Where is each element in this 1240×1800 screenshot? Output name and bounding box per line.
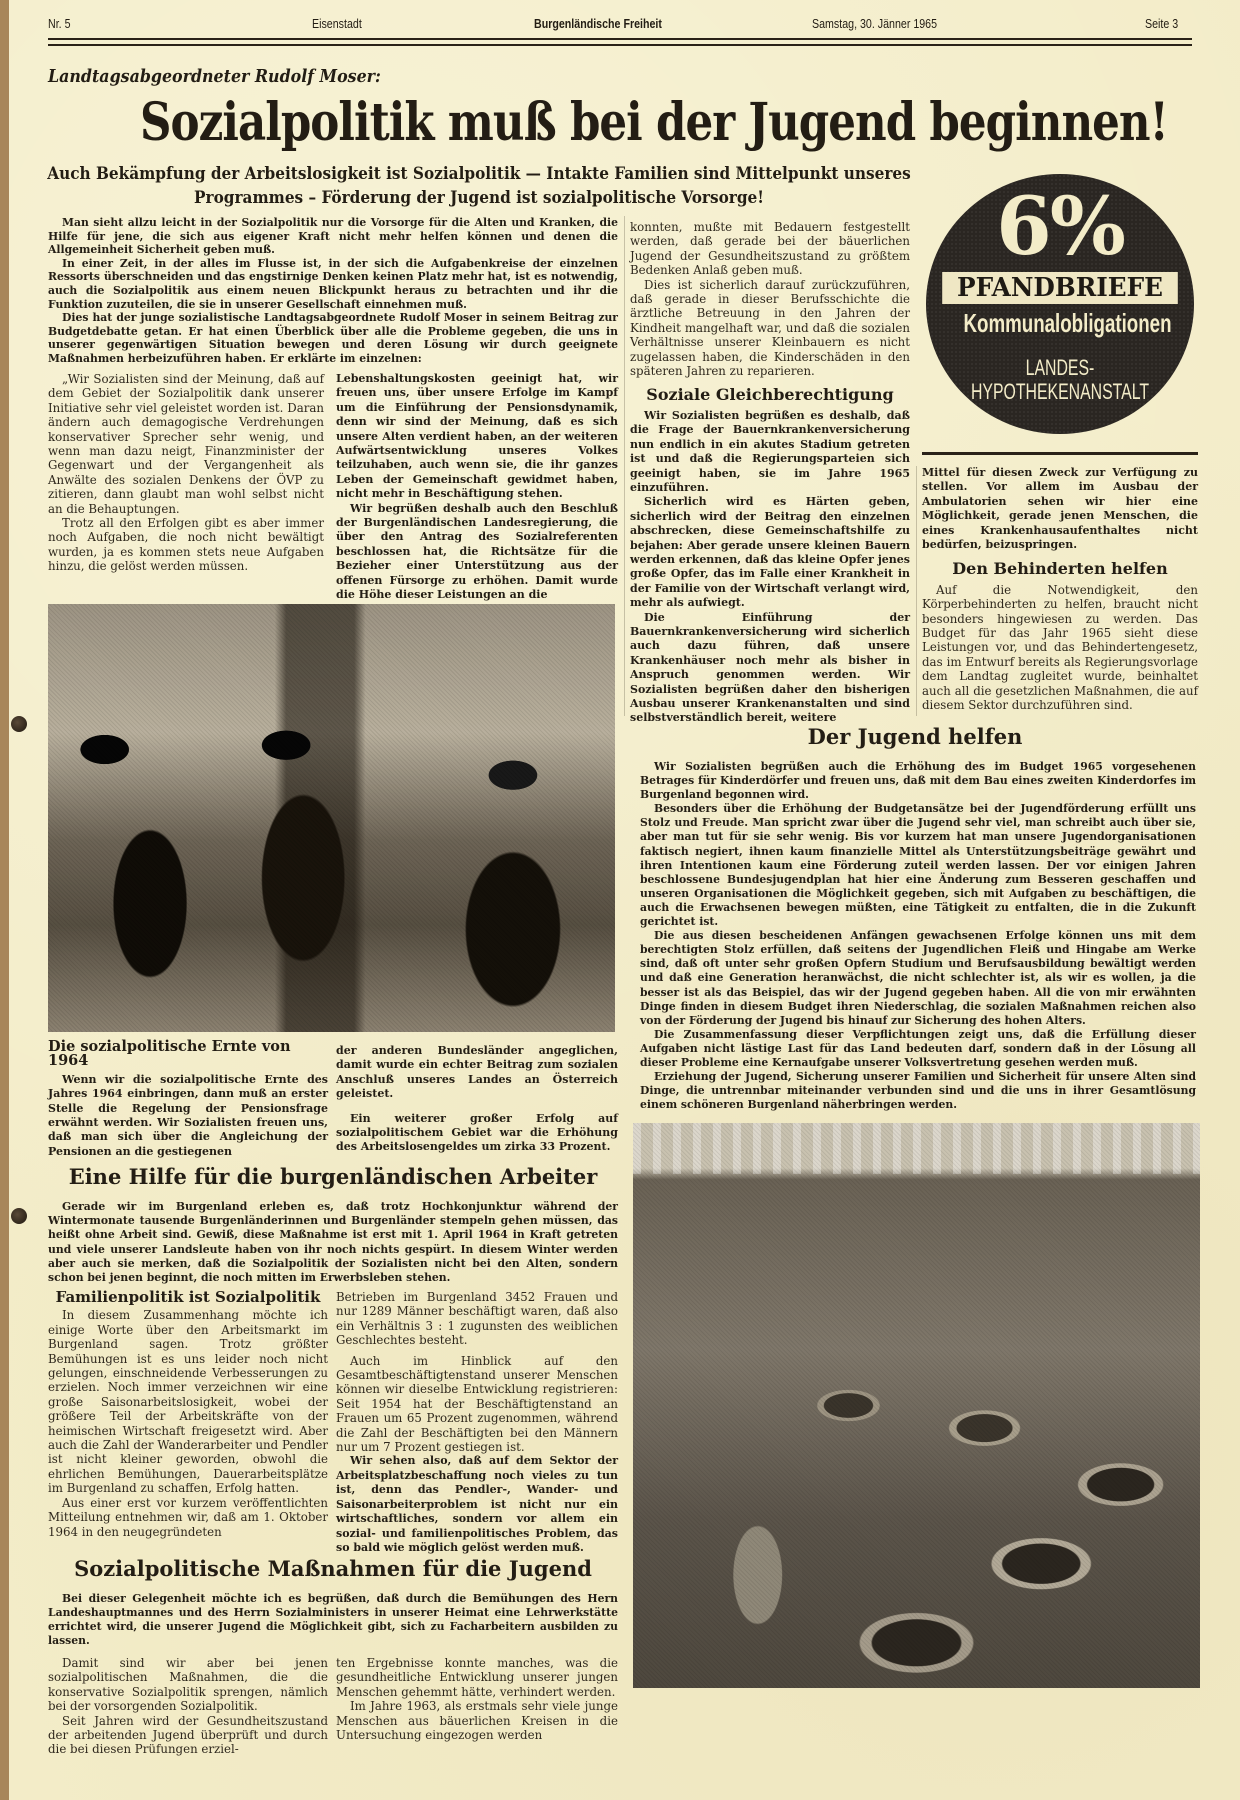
section-heading-familie: Familienpolitik ist Sozialpolitik (48, 1290, 328, 1304)
massnahmen-left: Damit sind wir aber bei jenen sozialpoli… (48, 1656, 328, 1757)
ad-line1: Kommunalobligationen (964, 308, 1157, 339)
subhead-line1: Auch Bekämpfung der Arbeitslosigkeit ist… (44, 162, 914, 186)
section-heading-ernte: Die sozialpolitische Ernte von 1964 (48, 1040, 328, 1069)
paragraph: Wir Sozialisten begrüßen auch die Erhöhu… (640, 760, 1196, 802)
column-2: Lebenshaltungskosten geeinigt hat, wir f… (336, 372, 618, 603)
paragraph: Trotz all den Erfolgen gibt es aber imme… (48, 516, 324, 574)
ernte-left: Die sozialpolitische Ernte von 1964 Wenn… (48, 1040, 328, 1159)
paragraph: Gerade wir im Burgenland erleben es, daß… (48, 1200, 618, 1285)
headline: Sozialpolitik muß bei der Jugend beginne… (140, 92, 1033, 153)
column-3: konnten, mußte mit Bedauern festgestellt… (630, 220, 910, 726)
date: Samstag, 30. Jänner 1965 (812, 16, 937, 31)
paragraph: ten Ergebnisse konnte manches, was die g… (336, 1656, 618, 1699)
paragraph: In diesem Zusammenhang möchte ich einige… (48, 1308, 328, 1495)
section-heading-behinderte: Den Behinderten helfen (922, 562, 1198, 576)
ad-band: PFANDBRIEFE (942, 272, 1178, 304)
masthead-rule (48, 38, 1192, 46)
photo-old-men (48, 604, 615, 1032)
massnahmen-lead: Bei dieser Gelegenheit möchte ich es beg… (48, 1592, 618, 1648)
paragraph: Wir Sozialisten begrüßen es deshalb, daß… (630, 409, 910, 495)
section-heading-arbeiter: Eine Hilfe für die burgenländischen Arbe… (48, 1164, 618, 1189)
ernte-right: der anderen Bundesländer angeglichen, da… (336, 1044, 618, 1155)
column-4: Mittel für diesen Zweck zur Verfügung zu… (922, 466, 1198, 713)
paragraph: „Wir Sozialisten sind der Meinung, daß a… (48, 372, 324, 516)
paper-name: Burgenländische Freiheit (534, 16, 662, 31)
paragraph: Seit Jahren wird der Gesundheitszustand … (48, 1714, 328, 1757)
familie-right: Betrieben im Burgenland 3452 Frauen und … (336, 1290, 618, 1555)
paragraph: Sicherlich wird es Härten geben, sicherl… (630, 495, 910, 610)
paragraph: Die Einführung der Bauernkrankenversiche… (630, 611, 910, 726)
kicker: Landtagsabgeordneter Rudolf Moser: (48, 66, 381, 87)
ad-line2: LANDES- HYPOTHEKENANSTALT (964, 356, 1157, 404)
binding-hole (11, 716, 27, 732)
section-heading-massnahmen: Sozialpolitische Maßnahmen für die Jugen… (48, 1556, 618, 1581)
masthead: Nr. 5 Eisenstadt Burgenländische Freihei… (48, 14, 1192, 36)
paragraph: Im Jahre 1963, als erstmals sehr viele j… (336, 1699, 618, 1742)
issue-number: Nr. 5 (48, 16, 71, 31)
lead-paragraph: In einer Zeit, in der alles im Flusse is… (48, 257, 618, 311)
paragraph: Aus einer erst vor kurzem veröffentlicht… (48, 1496, 328, 1539)
lead-paragraph: Man sieht allzu leicht in der Sozialpoli… (48, 216, 618, 257)
massnahmen-right: ten Ergebnisse konnte manches, was die g… (336, 1656, 618, 1742)
paragraph: Dies ist sicherlich darauf zurückzuführe… (630, 278, 910, 379)
paragraph: der anderen Bundesländer angeglichen, da… (336, 1044, 618, 1102)
paragraph: Die aus diesen bescheidenen Anfängen gew… (640, 929, 1196, 1028)
place: Eisenstadt (312, 16, 362, 31)
paragraph: Damit sind wir aber bei jenen sozialpoli… (48, 1656, 328, 1714)
subhead-line2: Programmes – Förderung der Jugend ist so… (44, 186, 914, 210)
paragraph: Bei dieser Gelegenheit möchte ich es beg… (48, 1592, 618, 1648)
ad-line2-text: LANDES- (964, 356, 1157, 380)
section-heading-gleichberechtigung: Soziale Gleichberechtigung (630, 388, 910, 402)
paragraph: Wir begrüßen deshalb auch den Beschluß d… (336, 502, 618, 603)
lead-block: Man sieht allzu leicht in der Sozialpoli… (48, 216, 618, 366)
paragraph: Auch im Hinblick auf den Gesamtbeschäfti… (336, 1354, 618, 1455)
jugend-block: Wir Sozialisten begrüßen auch die Erhöhu… (640, 760, 1196, 1112)
paragraph: Wenn wir die sozialpolitische Ernte des … (48, 1073, 328, 1159)
paragraph: Erziehung der Jugend, Sicherung unserer … (640, 1070, 1196, 1112)
ad-line3-text: HYPOTHEKENANSTALT (964, 380, 1157, 404)
lead-paragraph: Dies hat der junge sozialistische Landta… (48, 311, 618, 365)
ad-rate: 6% (926, 186, 1194, 266)
page-number: Seite 3 (1145, 16, 1178, 31)
paragraph: Besonders über die Erhöhung der Budgetan… (640, 802, 1196, 929)
column-1: „Wir Sozialisten sind der Meinung, daß a… (48, 372, 324, 574)
arbeiter-lead: Gerade wir im Burgenland erleben es, daß… (48, 1200, 618, 1285)
paragraph: Wir sehen also, daß auf dem Sektor der A… (336, 1454, 618, 1555)
paragraph: Mittel für diesen Zweck zur Verfügung zu… (922, 466, 1198, 552)
paragraph: Die Zusammenfassung dieser Verpflichtung… (640, 1028, 1196, 1070)
paragraph: Betrieben im Burgenland 3452 Frauen und … (336, 1290, 618, 1348)
section-heading-jugend: Der Jugend helfen (630, 724, 1200, 749)
ad-rule (922, 452, 1198, 455)
column-divider (624, 216, 625, 716)
paragraph: Auf die Notwendigkeit, den Körperbehinde… (922, 583, 1198, 713)
photo-factory-pipes (633, 1123, 1200, 1688)
paragraph: Lebenshaltungskosten geeinigt hat, wir f… (336, 372, 618, 502)
paragraph: Ein weiterer großer Erfolg auf sozialpol… (336, 1112, 618, 1155)
familie-left: Familienpolitik ist Sozialpolitik In die… (48, 1290, 328, 1539)
column-divider (916, 466, 917, 716)
paragraph: konnten, mußte mit Bedauern festgestellt… (630, 220, 910, 278)
advertisement-pfandbriefe: 6% PFANDBRIEFE Kommunalobligationen LAND… (926, 174, 1194, 434)
binding-hole (11, 1208, 27, 1224)
